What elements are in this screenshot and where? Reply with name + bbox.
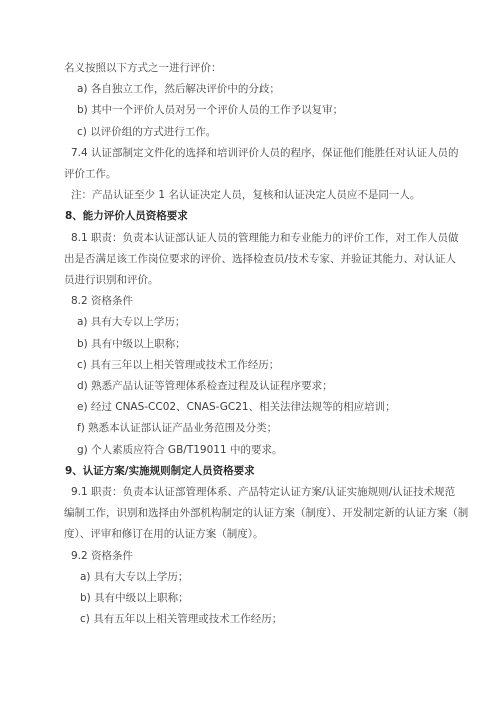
text-line: 注：产品认证至少 1 名认证决定人员，复核和认证决定人员应不是同一人。 [71,185,500,206]
text-line: b) 具有中级以上职称； [80,588,500,609]
text-line: 8.2 资格条件 [71,291,500,312]
text-line: a) 具有大专以上学历； [80,567,500,588]
text-line: a) 各自独立工作，然后解决评价中的分歧； [77,79,500,100]
text-line: 名义按照以下方式之一进行评价： [64,58,500,79]
section-heading: 9、认证方案/实施规则制定人员资格要求 [65,461,500,482]
text-line: 8.1 职责：负责本认证部认证人员的管理能力和专业能力的评价工作，对工作人员做 [71,228,500,249]
text-line: 7.4 认证部制定文件化的选择和培训评价人员的程序，保证他们能胜任对认证人员的 [71,143,500,164]
text-line: 编制工作，识别和选择由外部机构制定的认证方案（制度）、开发制定新的认证方案（制 [64,503,500,524]
text-line: 9.2 资格条件 [71,546,500,567]
text-line: d) 熟悉产品认证等管理体系检查过程及认证程序要求； [77,376,500,397]
text-line: 度）、评审和修订在用的认证方案（制度）。 [64,524,500,545]
section-heading: 8、能力评价人员资格要求 [65,206,500,227]
document-text-block: 名义按照以下方式之一进行评价：a) 各自独立工作，然后解决评价中的分歧；b) 其… [64,58,500,630]
text-line: e) 经过 CNAS-CC02、CNAS-GC21、相关法律法规等的相应培训； [77,397,500,418]
text-line: b) 具有中级以上职称； [77,334,500,355]
text-line: 出是否满足该工作岗位要求的评价、选择检查员/技术专家、并验证其能力、对认证人 [64,249,500,270]
text-line: c) 以评价组的方式进行工作。 [77,122,500,143]
text-line: b) 其中一个评价人员对另一个评价人员的工作予以复审； [77,100,500,121]
text-line: a) 具有大专以上学历； [77,312,500,333]
text-line: c) 具有三年以上相关管理或技术工作经历； [77,355,500,376]
text-line: g) 个人素质应符合 GB/T19011 中的要求。 [77,440,500,461]
text-line: 9.1 职责：负责本认证部管理体系、产品特定认证方案/认证实施规则/认证技术规范 [71,482,500,503]
document-page: 名义按照以下方式之一进行评价：a) 各自独立工作，然后解决评价中的分歧；b) 其… [0,0,500,707]
text-line: 评价工作。 [64,164,500,185]
text-line: 员进行识别和评价。 [64,270,500,291]
text-line: f) 熟悉本认证部认证产品业务范围及分类； [77,418,500,439]
text-line: c) 具有五年以上相关管理或技术工作经历； [80,609,500,630]
